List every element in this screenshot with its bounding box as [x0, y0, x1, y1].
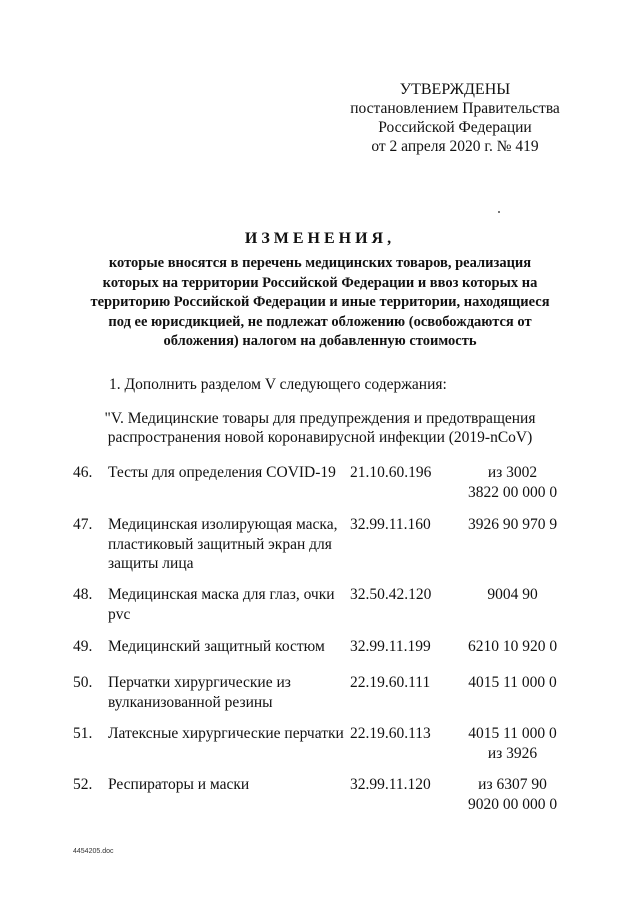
- subtitle-line: которые вносятся в перечень медицинских …: [60, 254, 580, 274]
- item-number: 46.: [73, 463, 103, 483]
- item-tnved-code: 6210 10 920 0: [455, 637, 570, 657]
- item-number: 50.: [73, 673, 103, 693]
- section-heading: "V. Медицинские товары для предупреждени…: [60, 409, 580, 447]
- item-name-line: защиты лица: [108, 554, 348, 574]
- item-name: Медицинский защитный костюм: [108, 637, 348, 657]
- item-tnved-code: из 30023822 00 000 0: [455, 463, 570, 502]
- item-tnved-line: 3822 00 000 0: [455, 483, 570, 503]
- item-name: Перчатки хирургические извулканизованной…: [108, 673, 348, 712]
- item-tnved-line: из 3002: [455, 463, 570, 483]
- item-tnved-line: 6210 10 920 0: [455, 637, 570, 657]
- item-name-line: Респираторы и маски: [108, 775, 348, 795]
- item-name-line: pvc: [108, 605, 348, 625]
- item-name-line: вулканизованной резины: [108, 693, 348, 713]
- item-number: 47.: [73, 515, 103, 535]
- item-tnved-line: 4015 11 000 0: [455, 673, 570, 693]
- item-number: 48.: [73, 585, 103, 605]
- item-number: 49.: [73, 637, 103, 657]
- subtitle-line: под ее юрисдикцией, не подлежат обложени…: [60, 313, 580, 333]
- item-tnved-line: 4015 11 000 0: [455, 724, 570, 744]
- document-title: ИЗМЕНЕНИЯ,: [60, 230, 580, 248]
- item-tnved-code: 9004 90: [455, 585, 570, 605]
- scan-speck: [498, 211, 500, 213]
- item-okpd-code: 32.99.11.199: [350, 637, 450, 657]
- file-name-footer: 4454205.doc: [73, 848, 113, 855]
- item-okpd-code: 32.50.42.120: [350, 585, 450, 605]
- item-name-line: Медицинская изолирующая маска,: [108, 515, 348, 535]
- item-number: 52.: [73, 775, 103, 795]
- item-tnved-code: 4015 11 000 0из 3926: [455, 724, 570, 763]
- approval-line: от 2 апреля 2020 г. № 419: [330, 137, 580, 156]
- item-tnved-line: 9020 00 000 0: [455, 795, 570, 815]
- section-heading-line: распространения новой коронавирусной инф…: [60, 428, 580, 447]
- item-tnved-code: 4015 11 000 0: [455, 673, 570, 693]
- item-okpd-code: 32.99.11.160: [350, 515, 450, 535]
- item-name: Латексные хирургические перчатки: [108, 724, 348, 744]
- item-name-line: Перчатки хирургические из: [108, 673, 348, 693]
- approval-line: Российской Федерации: [330, 118, 580, 137]
- item-name: Медицинская маска для глаз, очкиpvc: [108, 585, 348, 624]
- item-tnved-line: из 3926: [455, 744, 570, 764]
- subtitle-line: территорию Российской Федерации и иные т…: [60, 293, 580, 313]
- item-name: Медицинская изолирующая маска,пластиковы…: [108, 515, 348, 574]
- item-name-line: Латексные хирургические перчатки: [108, 724, 348, 744]
- document-subtitle: которые вносятся в перечень медицинских …: [60, 254, 580, 352]
- item-name: Тесты для определения COVID-19: [108, 463, 348, 483]
- item-tnved-line: из 6307 90: [455, 775, 570, 795]
- approval-heading: УТВЕРЖДЕНЫ: [330, 80, 580, 99]
- item-okpd-code: 21.10.60.196: [350, 463, 450, 483]
- section-heading-line: "V. Медицинские товары для предупреждени…: [60, 409, 580, 428]
- item-number: 51.: [73, 724, 103, 744]
- item-okpd-code: 22.19.60.113: [350, 724, 450, 744]
- approval-line: постановлением Правительства: [330, 99, 580, 118]
- item-name-line: Медицинский защитный костюм: [108, 637, 348, 657]
- item-name-line: Тесты для определения COVID-19: [108, 463, 348, 483]
- item-tnved-code: из 6307 909020 00 000 0: [455, 775, 570, 814]
- item-name: Респираторы и маски: [108, 775, 348, 795]
- approval-block: УТВЕРЖДЕНЫ постановлением Правительства …: [330, 80, 580, 156]
- subtitle-line: обложения) налогом на добавленную стоимо…: [60, 332, 580, 352]
- subtitle-line: которых на территории Российской Федерац…: [60, 274, 580, 294]
- item-tnved-code: 3926 90 970 9: [455, 515, 570, 535]
- paragraph-1: 1. Дополнить разделом V следующего содер…: [109, 376, 447, 394]
- item-name-line: Медицинская маска для глаз, очки: [108, 585, 348, 605]
- item-name-line: пластиковый защитный экран для: [108, 535, 348, 555]
- item-okpd-code: 32.99.11.120: [350, 775, 450, 795]
- item-tnved-line: 9004 90: [455, 585, 570, 605]
- item-tnved-line: 3926 90 970 9: [455, 515, 570, 535]
- item-okpd-code: 22.19.60.111: [350, 673, 450, 693]
